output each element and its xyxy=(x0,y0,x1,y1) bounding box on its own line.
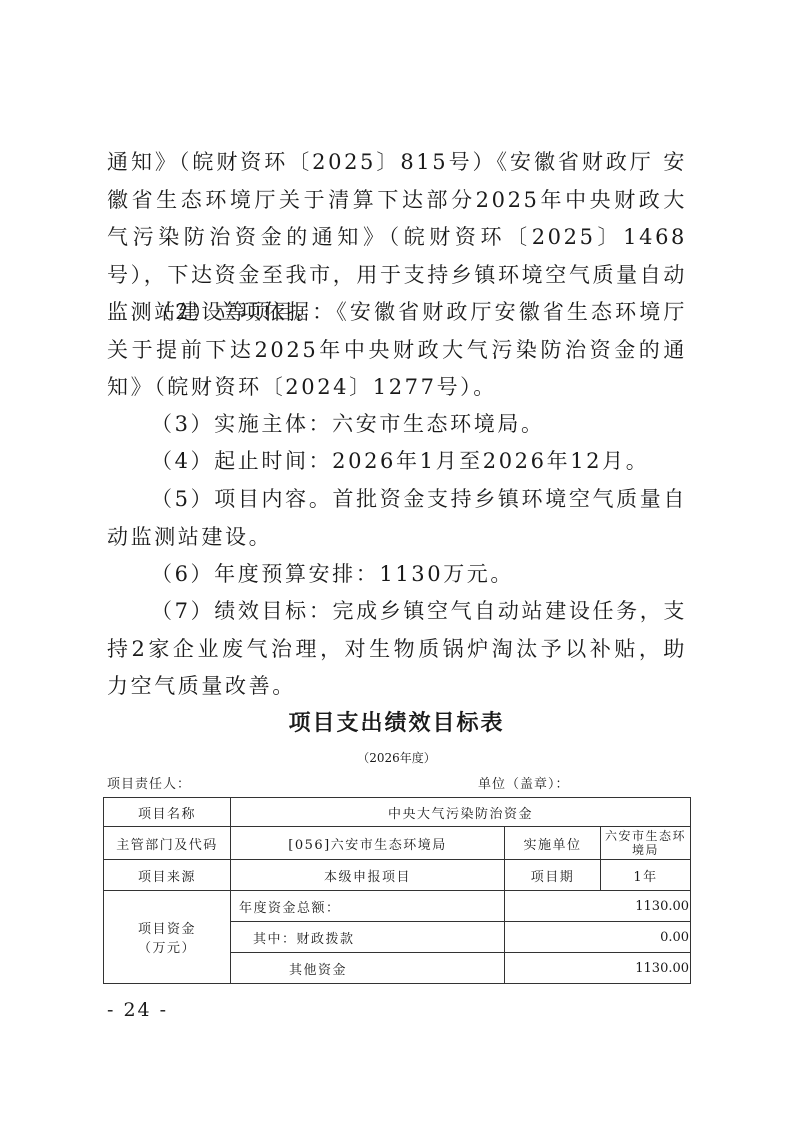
impl-unit-value: 六安市生态环境局 xyxy=(601,827,691,860)
paragraph-period: （4）起止时间：2026年1月至2026年12月。 xyxy=(107,443,687,481)
table-title: 项目支出绩效目标表 xyxy=(0,706,793,737)
source-value: 本级申报项目 xyxy=(231,860,505,891)
source-label: 项目来源 xyxy=(104,860,231,891)
table-row: 主管部门及代码 [056]六安市生态环境局 实施单位 六安市生态环境局 xyxy=(104,827,691,860)
impl-unit-label: 实施单位 xyxy=(505,827,601,860)
table-year: （2026年度） xyxy=(0,749,793,766)
page-number: - 24 - xyxy=(107,999,168,1021)
funds-fiscal-value: 0.00 xyxy=(505,922,691,953)
paragraph-content: （5）项目内容。首批资金支持乡镇环境空气质量自动监测站建设。 xyxy=(107,481,687,556)
paragraph-budget: （6）年度预算安排：1130万元。 xyxy=(107,556,687,594)
project-name-value: 中央大气污染防治资金 xyxy=(231,798,691,827)
table-row: 项目来源 本级申报项目 项目期 1年 xyxy=(104,860,691,891)
funds-label-line2: （万元） xyxy=(106,937,228,956)
funds-label-line1: 项目资金 xyxy=(106,918,228,937)
paragraph-implementer: （3）实施主体：六安市生态环境局。 xyxy=(107,406,687,444)
paragraph-goal: （7）绩效目标：完成乡镇空气自动站建设任务，支持2家企业废气治理，对生物质锅炉淘… xyxy=(107,593,687,706)
funds-other-label: 其他资金 xyxy=(231,953,505,984)
funds-label: 项目资金 （万元） xyxy=(104,891,231,984)
paragraph-basis: （2）立项依据：《安徽省财政厅安徽省生态环境厅关于提前下达2025年中央财政大气… xyxy=(107,294,687,407)
funds-other-value: 1130.00 xyxy=(505,953,691,984)
period-label: 项目期 xyxy=(505,860,601,891)
unit-seal-label: 单位（盖章）： xyxy=(478,773,570,792)
responsible-person-label: 项目责任人： xyxy=(107,773,191,792)
period-value: 1年 xyxy=(601,860,691,891)
dept-label: 主管部门及代码 xyxy=(104,827,231,860)
dept-value: [056]六安市生态环境局 xyxy=(231,827,505,860)
table-row: 项目名称 中央大气污染防治资金 xyxy=(104,798,691,827)
funds-fiscal-label: 其中：财政拨款 xyxy=(231,922,505,953)
performance-table: 项目名称 中央大气污染防治资金 主管部门及代码 [056]六安市生态环境局 实施… xyxy=(103,797,691,984)
project-name-label: 项目名称 xyxy=(104,798,231,827)
funds-total-label: 年度资金总额： xyxy=(231,891,505,922)
table-row: 项目资金 （万元） 年度资金总额： 1130.00 xyxy=(104,891,691,922)
funds-total-value: 1130.00 xyxy=(505,891,691,922)
